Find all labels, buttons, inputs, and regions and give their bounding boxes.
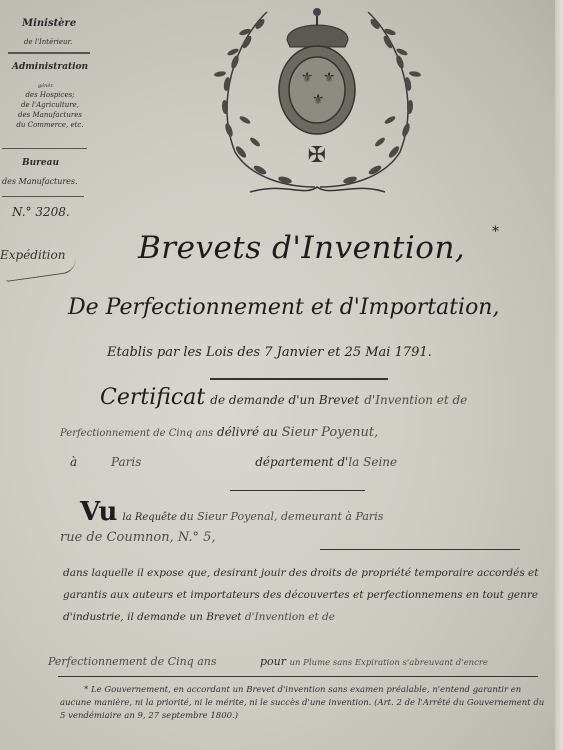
divider bbox=[230, 490, 365, 491]
divider bbox=[320, 549, 520, 550]
page-edge bbox=[555, 0, 563, 750]
divider bbox=[2, 196, 84, 197]
administration-lines: des Hospices; de l'Agriculture, des Manu… bbox=[10, 90, 90, 130]
administration-label: Administration bbox=[12, 62, 88, 72]
certificate-line-1: Certificat de demande d'un Brevet d'Inve… bbox=[100, 385, 467, 410]
asterisk: * bbox=[492, 224, 499, 240]
bureau-sub: des Manufactures. bbox=[2, 177, 78, 186]
request-last-line: Perfectionnement de Cinq ans pour un Plu… bbox=[48, 655, 488, 668]
certificate-line-3: à Paris département d'la Seine bbox=[70, 455, 397, 469]
laws-line: Etablis par les Lois des 7 Janvier et 25… bbox=[107, 345, 432, 360]
svg-text:⚜: ⚜ bbox=[312, 92, 325, 108]
divider bbox=[8, 52, 90, 54]
divider bbox=[210, 378, 388, 380]
vu-label: Vu bbox=[80, 497, 117, 527]
request-body: dans laquelle il expose que, desirant jo… bbox=[63, 562, 543, 628]
royal-coat-of-arms-icon: ⚜ ⚜ ⚜ ✠ bbox=[205, 2, 430, 202]
request-line-1: Vu la Requête du Sieur Poyenal, demeuran… bbox=[80, 497, 383, 527]
svg-text:✠: ✠ bbox=[308, 143, 326, 168]
ministry-sub: de l'Intérieur. bbox=[24, 38, 72, 46]
administration-general: génér. bbox=[38, 83, 54, 89]
certificate-label: Certificat bbox=[100, 385, 205, 410]
certificate-line-2: Perfectionnement de Cinq ans délivré au … bbox=[60, 425, 378, 440]
divider bbox=[2, 148, 87, 149]
document-subtitle: De Perfectionnement et d'Importation, bbox=[68, 295, 499, 320]
divider bbox=[58, 676, 538, 677]
ministry-label: Ministère bbox=[22, 18, 76, 29]
document-title: Brevets d'Invention, bbox=[138, 230, 465, 266]
request-line-2: rue de Coumnon, N.° 5, bbox=[60, 530, 216, 545]
svg-text:⚜: ⚜ bbox=[323, 70, 336, 86]
svg-text:⚜: ⚜ bbox=[301, 70, 314, 86]
footnote: * Le Gouvernement, en accordant un Breve… bbox=[60, 684, 550, 723]
registration-number: N.° 3208. bbox=[12, 205, 70, 219]
handwritten-text: d'Invention et de bbox=[364, 393, 467, 407]
bureau-label: Bureau bbox=[22, 158, 59, 168]
